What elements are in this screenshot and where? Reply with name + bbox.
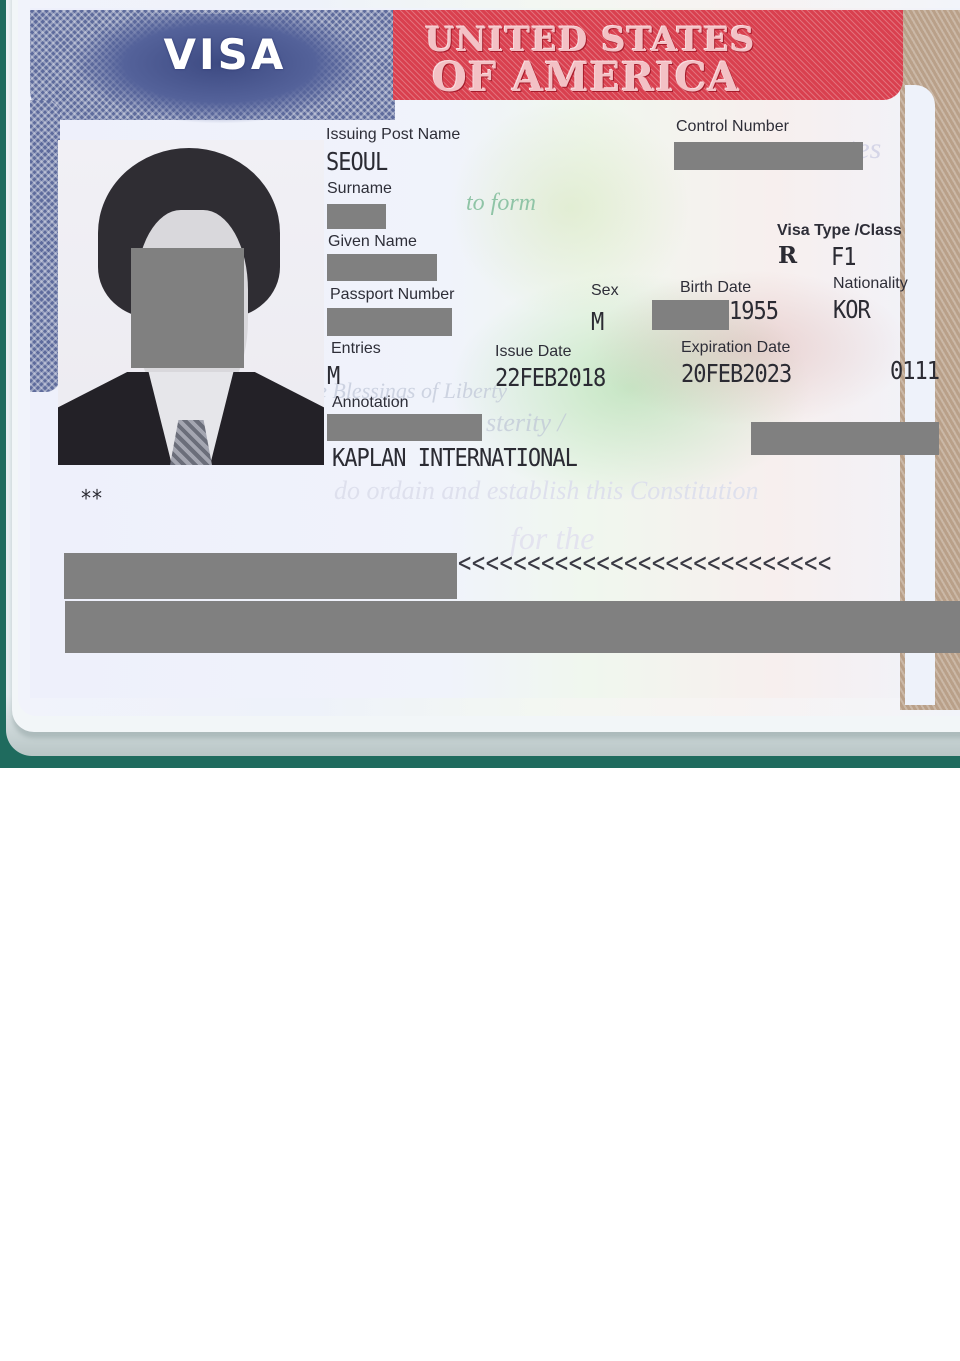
visa-type-class-label: Visa Type /Class [777,222,902,240]
mrz-line1-redaction [64,553,457,599]
nationality-value: KOR [833,296,870,325]
mrz-line1-filler: <<<<<<<<<<<<<<<<<<<<<<<<<<< [458,548,832,579]
visa-class-value: F1 [831,243,856,272]
issuing-post-label: Issuing Post Name [326,126,460,144]
birth-year-value: 1955 [729,297,778,326]
birth-date-redaction [652,300,729,330]
visa-title: VISA [145,30,305,79]
mrz-line2-redaction [65,601,960,653]
issue-date-value: 22FEB2018 [495,364,605,393]
given-name-redaction [327,254,437,281]
passport-number-label: Passport Number [330,286,455,304]
watermark-posterity: sterity / [486,408,565,438]
visa-type-value: R [778,242,797,269]
guilloche-border-left [30,100,60,392]
passport-number-redaction [327,308,452,336]
asterisks: ** [80,484,102,512]
control-number-redaction [674,142,863,170]
entries-value: M [327,362,339,391]
watermark-constitution: do ordain and establish this Constitutio… [334,476,758,506]
annotation-value: KAPLAN INTERNATIONAL [332,444,577,473]
birth-date-label: Birth Date [680,279,751,297]
annotation-redaction [327,414,482,441]
country-name-line2: OF AMERICA [432,54,740,101]
sex-label: Sex [591,282,619,300]
nationality-label: Nationality [833,275,908,293]
issuing-post-value: SEOUL [326,148,387,177]
face-redaction [131,248,244,368]
expiration-date-label: Expiration Date [681,339,790,357]
surname-redaction [327,204,386,229]
control-number-label: Control Number [676,118,789,136]
sex-value: M [591,308,603,337]
given-name-label: Given Name [328,233,417,251]
passport-scan: VISA UNITED STATES OF AMERICA to form te… [0,0,960,768]
right-block-redaction [751,422,939,455]
visa-code-value: 0111 [890,357,939,386]
issue-date-label: Issue Date [495,343,571,361]
surname-label: Surname [327,180,392,198]
entries-label: Entries [331,340,381,358]
expiration-date-value: 20FEB2023 [681,360,791,389]
annotation-label: Annotation [332,394,409,412]
watermark-to-form: to form [466,190,536,217]
